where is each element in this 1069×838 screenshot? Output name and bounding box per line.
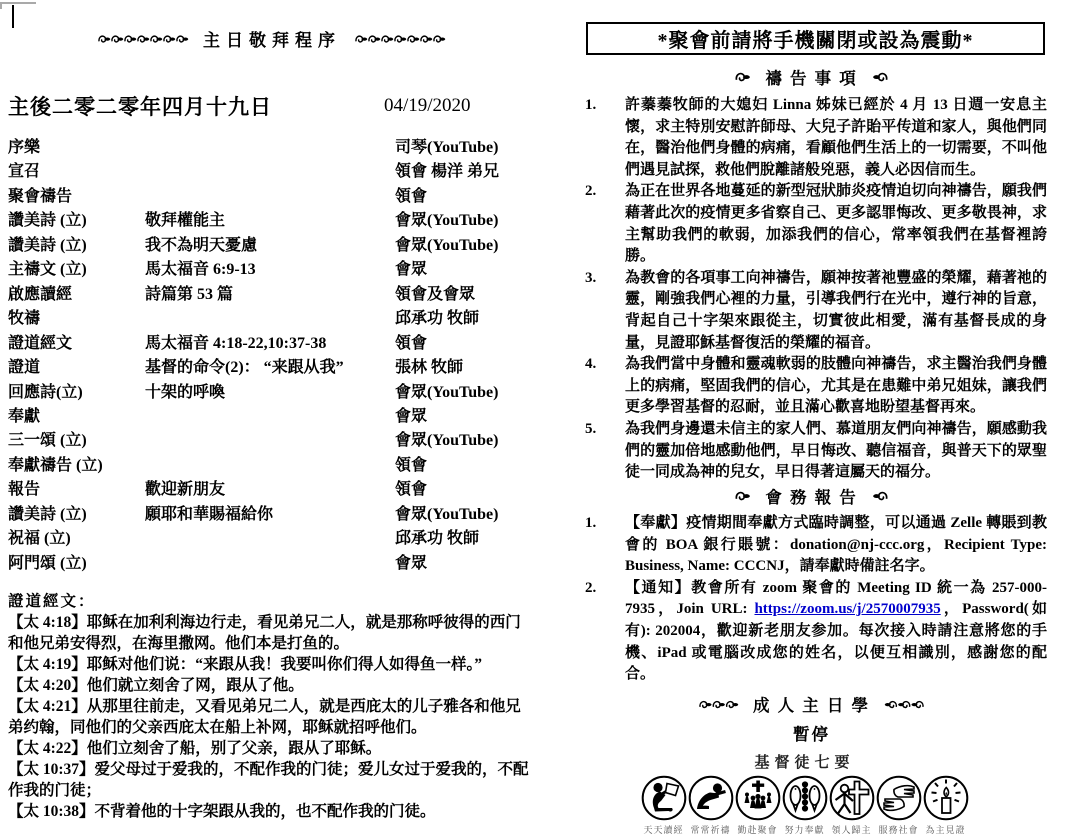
item-number: 1. bbox=[585, 513, 625, 578]
order-row: 報告歡迎新朋友領會 bbox=[8, 478, 536, 502]
order-item-name: 牧禱 bbox=[8, 307, 145, 331]
order-row: 宣召領會 楊洋 弟兄 bbox=[8, 160, 536, 184]
order-item-name: 啟應讀經 bbox=[8, 283, 145, 307]
date-chinese: 主後二零二零年四月十九日 bbox=[8, 91, 384, 121]
order-item-name: 宣召 bbox=[8, 160, 145, 184]
page-title: 主日敬拜程序 bbox=[203, 26, 341, 51]
scroll-ornament-icon bbox=[884, 699, 924, 710]
scroll-ornament-icon bbox=[355, 34, 446, 44]
order-item-role: 領會 bbox=[395, 478, 536, 502]
order-item-name: 讚美詩 (立) bbox=[8, 209, 145, 233]
offering-icon bbox=[782, 775, 828, 821]
order-row: 序樂司琴(YouTube) bbox=[8, 136, 536, 160]
order-item-role: 會眾(YouTube) bbox=[395, 381, 536, 405]
essential-item: 常常祈禱 bbox=[688, 775, 734, 836]
essential-item: 勤赴聚會 bbox=[735, 775, 781, 836]
order-row: 阿門頌 (立)會眾 bbox=[8, 552, 536, 576]
seven-essentials-title: 基督徒七要 bbox=[571, 751, 1038, 772]
verse: 【太 4:18】耶稣在加利利海边行走，看见弟兄二人，就是那称呼彼得的西门和他兄弟… bbox=[8, 612, 535, 654]
essential-label: 努力奉獻 bbox=[784, 823, 824, 836]
essential-label: 常常祈禱 bbox=[690, 823, 730, 836]
order-item-detail bbox=[145, 454, 395, 478]
order-item-role: 會眾(YouTube) bbox=[395, 209, 536, 233]
essential-label: 服務社會 bbox=[878, 823, 918, 836]
frame-corner-marker bbox=[0, 2, 36, 4]
item-number: 3. bbox=[585, 268, 625, 354]
order-item-detail bbox=[145, 405, 395, 429]
zoom-join-link[interactable]: https://zoom.us/j/2570007935 bbox=[754, 601, 940, 617]
order-item-name: 奉獻禱告 (立) bbox=[8, 454, 145, 478]
witness-candle-icon bbox=[923, 775, 969, 821]
verse: 【太 4:20】他们就立刻舍了网，跟从了他。 bbox=[8, 675, 535, 696]
order-item-role: 會眾 bbox=[395, 258, 536, 282]
order-item-role: 會眾(YouTube) bbox=[395, 234, 536, 258]
bulletin-page: 主日敬拜程序 主後二零二零年四月十九日 04/19/2020 序樂司琴(YouT… bbox=[0, 0, 1069, 838]
order-item-detail: 基督的命令(2)： “来跟从我” bbox=[145, 356, 395, 380]
order-item-detail: 馬太福音 4:18-22,10:37-38 bbox=[145, 332, 395, 356]
order-item-name: 證道經文 bbox=[8, 332, 145, 356]
order-item-name: 序樂 bbox=[8, 136, 145, 160]
report-item-text: 【奉獻】疫情期間奉獻方式臨時調整，可以通過 Zelle 轉賬到教會的 BOA 銀… bbox=[625, 513, 1047, 578]
list-item: 5.為我們身邊還未信主的家人們、慕道朋友們向神禱告，願感動我們的靈加倍地感動他們… bbox=[585, 419, 1047, 484]
order-row: 讚美詩 (立)願耶和華賜福給你會眾(YouTube) bbox=[8, 503, 536, 527]
order-item-detail bbox=[145, 136, 395, 160]
order-item-role: 領會 bbox=[395, 332, 536, 356]
order-row: 聚會禱告領會 bbox=[8, 185, 536, 209]
order-item-role: 張林 牧師 bbox=[395, 356, 536, 380]
verse: 【太 4:21】从那里往前走，又看见弟兄二人，就是西庇太的儿子雅各和他兄弟约翰，… bbox=[8, 696, 535, 738]
order-item-detail bbox=[145, 527, 395, 551]
essential-label: 領人歸主 bbox=[831, 823, 871, 836]
order-row: 啟應讀經詩篇第 53 篇領會及會眾 bbox=[8, 283, 536, 307]
scroll-ornament-icon bbox=[735, 71, 751, 83]
verse: 【太 10:38】不背着他的十字架跟从我的，也不配作我的门徒。 bbox=[8, 801, 535, 822]
order-item-name: 證道 bbox=[8, 356, 145, 380]
order-item-role: 領會及會眾 bbox=[395, 283, 536, 307]
list-item: 1.許蓁蓁牧師的大媳妇 Linna 姊妹已經於 4 月 13 日週一安息主懷，求… bbox=[585, 95, 1047, 181]
sunday-school-heading: 成 人 主 日 學 bbox=[578, 692, 1045, 716]
essential-item: 天天讀經 bbox=[641, 775, 687, 836]
order-item-role: 會眾(YouTube) bbox=[395, 429, 536, 453]
prayer-item-text: 許蓁蓁牧師的大媳妇 Linna 姊妹已經於 4 月 13 日週一安息主懷，求主特… bbox=[625, 95, 1047, 181]
order-item-name: 回應詩(立) bbox=[8, 381, 145, 405]
order-item-name: 奉獻 bbox=[8, 405, 145, 429]
order-item-role: 領會 楊洋 弟兄 bbox=[395, 160, 536, 184]
order-item-name: 讚美詩 (立) bbox=[8, 503, 145, 527]
serve-society-icon bbox=[876, 775, 922, 821]
date-english: 04/19/2020 bbox=[384, 95, 536, 117]
order-row: 主禱文 (立)馬太福音 6:9-13會眾 bbox=[8, 258, 536, 282]
order-row: 祝福 (立)邱承功 牧師 bbox=[8, 527, 536, 551]
verse: 【太 4:22】他们立刻舍了船，别了父亲，跟从了耶稣。 bbox=[8, 738, 535, 759]
order-item-role: 領會 bbox=[395, 185, 536, 209]
order-row: 奉獻會眾 bbox=[8, 405, 536, 429]
scroll-ornament-icon bbox=[872, 490, 888, 502]
worship-order-list: 序樂司琴(YouTube) 宣召領會 楊洋 弟兄 聚會禱告領會 讚美詩 (立)敬… bbox=[8, 136, 536, 576]
order-item-name: 聚會禱告 bbox=[8, 185, 145, 209]
essential-item: 領人歸主 bbox=[829, 775, 875, 836]
prayer-section-heading: 禱 告 事 項 bbox=[578, 65, 1045, 89]
order-row: 讚美詩 (立)我不為明天憂慮會眾(YouTube) bbox=[8, 234, 536, 258]
seven-essentials-section: 基督徒七要 天天讀經 bbox=[571, 751, 1038, 836]
order-item-name: 阿門頌 (立) bbox=[8, 552, 145, 576]
essential-label: 勤赴聚會 bbox=[737, 823, 777, 836]
frame-corner-marker bbox=[0, 2, 2, 9]
order-row: 奉獻禱告 (立)領會 bbox=[8, 454, 536, 478]
prayer-item-text: 為我們身邊還未信主的家人們、慕道朋友們向神禱告，願感動我們的靈加倍地感動他們，早… bbox=[625, 419, 1047, 484]
order-item-name: 報告 bbox=[8, 478, 145, 502]
date-row: 主後二零二零年四月十九日 04/19/2020 bbox=[8, 91, 536, 121]
essential-item: 為主見證 bbox=[923, 775, 969, 836]
report-items-list: 1.【奉獻】疫情期間奉獻方式臨時調整，可以通過 Zelle 轉賬到教會的 BOA… bbox=[585, 513, 1047, 686]
order-item-detail bbox=[145, 429, 395, 453]
order-item-name: 主禱文 (立) bbox=[8, 258, 145, 282]
order-item-detail: 願耶和華賜福給你 bbox=[145, 503, 395, 527]
scroll-ornament-icon bbox=[699, 699, 739, 710]
list-item: 4.為我們當中身體和靈魂軟弱的肢體向神禱告，求主醫治我們身體上的病痛，堅固我們的… bbox=[585, 354, 1047, 419]
order-item-role: 領會 bbox=[395, 454, 536, 478]
scroll-ornament-icon bbox=[872, 71, 888, 83]
phone-notice-text: *聚會前請將手機關閉或設為震動* bbox=[658, 24, 974, 53]
report-heading-text: 會 務 報 告 bbox=[765, 484, 857, 508]
order-item-detail: 我不為明天憂慮 bbox=[145, 234, 395, 258]
list-item: 3.為教會的各項事工向神禱告，願神按著祂豐盛的榮耀，藉著祂的靈，剛強我們心裡的力… bbox=[585, 268, 1047, 354]
order-item-role: 會眾 bbox=[395, 552, 536, 576]
order-item-detail: 敬拜權能主 bbox=[145, 209, 395, 233]
verse: 【太 10:37】爱父母过于爱我的，不配作我的门徒；爱儿女过于爱我的，不配作我的… bbox=[8, 759, 535, 801]
order-row: 三一頌 (立)會眾(YouTube) bbox=[8, 429, 536, 453]
seven-essentials-icons: 天天讀經 常常祈禱 bbox=[571, 775, 1038, 836]
phone-notice-box: *聚會前請將手機關閉或設為震動* bbox=[586, 22, 1045, 55]
worship-order-header: 主日敬拜程序 bbox=[8, 26, 536, 51]
sunday-school-heading-text: 成 人 主 日 學 bbox=[753, 692, 870, 716]
item-number: 5. bbox=[585, 419, 625, 484]
order-item-detail: 馬太福音 6:9-13 bbox=[145, 258, 395, 282]
order-row: 讚美詩 (立)敬拜權能主會眾(YouTube) bbox=[8, 209, 536, 233]
scroll-ornament-icon bbox=[735, 490, 751, 502]
order-item-detail: 歡迎新朋友 bbox=[145, 478, 395, 502]
order-item-role: 會眾 bbox=[395, 405, 536, 429]
prayer-items-list: 1.許蓁蓁牧師的大媳妇 Linna 姊妹已經於 4 月 13 日週一安息主懷，求… bbox=[585, 95, 1047, 484]
prayer-heading-text: 禱 告 事 項 bbox=[765, 65, 857, 89]
item-number: 2. bbox=[585, 181, 625, 267]
report-section-heading: 會 務 報 告 bbox=[578, 484, 1045, 508]
order-row: 證道經文馬太福音 4:18-22,10:37-38領會 bbox=[8, 332, 536, 356]
order-item-detail bbox=[145, 552, 395, 576]
order-item-detail bbox=[145, 307, 395, 331]
order-item-detail: 詩篇第 53 篇 bbox=[145, 283, 395, 307]
prayer-item-text: 為正在世界各地蔓延的新型冠狀肺炎疫情迫切向神禱告，願我們藉著此次的疫情更多省察自… bbox=[625, 181, 1047, 267]
item-number: 1. bbox=[585, 95, 625, 181]
order-item-role: 邱承功 牧師 bbox=[395, 307, 536, 331]
order-item-name: 祝福 (立) bbox=[8, 527, 145, 551]
read-bible-icon bbox=[641, 775, 687, 821]
essential-label: 天天讀經 bbox=[643, 823, 683, 836]
report-item-text: 【通知】教會所有 zoom 聚會的 Meeting ID 統一為 257-000… bbox=[625, 578, 1047, 686]
order-row: 證道基督的命令(2)： “来跟从我”張林 牧師 bbox=[8, 356, 536, 380]
order-item-role: 會眾(YouTube) bbox=[395, 503, 536, 527]
order-item-role: 司琴(YouTube) bbox=[395, 136, 536, 160]
prayer-item-text: 為教會的各項事工向神禱告，願神按著祂豐盛的榮耀，藉著祂的靈，剛強我們心裡的力量，… bbox=[625, 268, 1047, 354]
sunday-school-status: 暫停 bbox=[578, 721, 1045, 745]
scripture-heading: 證道經文： bbox=[8, 591, 535, 612]
list-item: 2.為正在世界各地蔓延的新型冠狀肺炎疫情迫切向神禱告，願我們藉著此次的疫情更多省… bbox=[585, 181, 1047, 267]
text-cursor bbox=[12, 5, 14, 28]
essential-item: 努力奉獻 bbox=[782, 775, 828, 836]
order-row: 牧禱邱承功 牧師 bbox=[8, 307, 536, 331]
pray-icon bbox=[688, 775, 734, 821]
list-item: 1.【奉獻】疫情期間奉獻方式臨時調整，可以通過 Zelle 轉賬到教會的 BOA… bbox=[585, 513, 1047, 578]
list-item: 2.【通知】教會所有 zoom 聚會的 Meeting ID 統一為 257-0… bbox=[585, 578, 1047, 686]
order-item-detail: 十架的呼喚 bbox=[145, 381, 395, 405]
sermon-scripture-section: 證道經文： 【太 4:18】耶稣在加利利海边行走，看见弟兄二人，就是那称呼彼得的… bbox=[8, 591, 535, 822]
order-item-role: 邱承功 牧師 bbox=[395, 527, 536, 551]
essential-item: 服務社會 bbox=[876, 775, 922, 836]
scroll-ornament-icon bbox=[98, 34, 189, 44]
lead-to-lord-icon bbox=[829, 775, 875, 821]
attend-meeting-icon bbox=[735, 775, 781, 821]
verse: 【太 4:19】耶稣对他们说：“来跟从我！我要叫你们得人如得鱼一样。” bbox=[8, 654, 535, 675]
essential-label: 為主見證 bbox=[925, 823, 965, 836]
order-item-name: 讚美詩 (立) bbox=[8, 234, 145, 258]
item-number: 2. bbox=[585, 578, 625, 686]
item-number: 4. bbox=[585, 354, 625, 419]
order-row: 回應詩(立)十架的呼喚會眾(YouTube) bbox=[8, 381, 536, 405]
order-item-name: 三一頌 (立) bbox=[8, 429, 145, 453]
order-item-detail bbox=[145, 160, 395, 184]
prayer-item-text: 為我們當中身體和靈魂軟弱的肢體向神禱告，求主醫治我們身體上的病痛，堅固我們的信心… bbox=[625, 354, 1047, 419]
order-item-detail bbox=[145, 185, 395, 209]
